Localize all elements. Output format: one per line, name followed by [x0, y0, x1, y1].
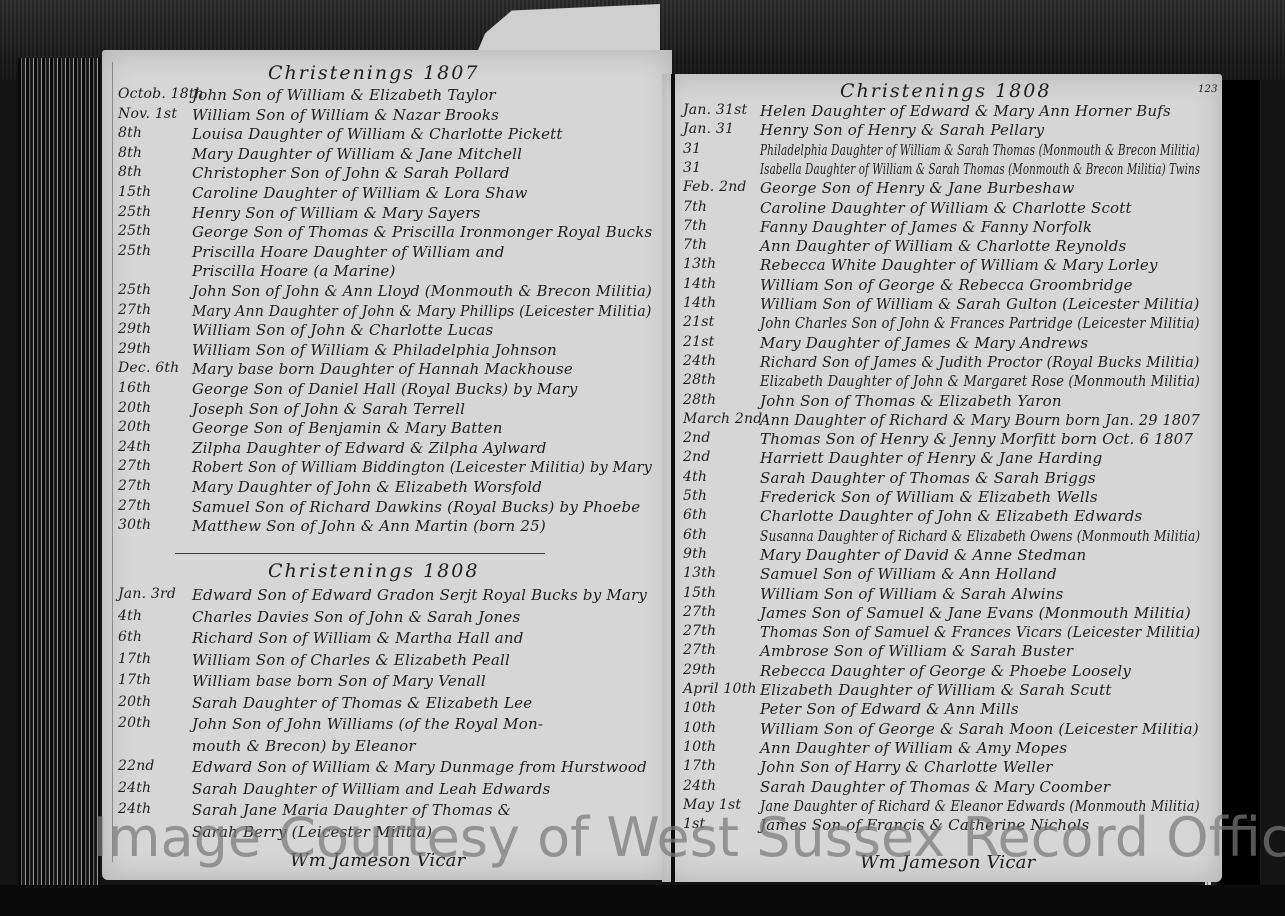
- entry-1808-text: Edward Son of William & Mary Dunmage fro…: [192, 758, 647, 776]
- entry-1808-right-text: Samuel Son of William & Ann Holland: [760, 565, 1057, 583]
- heading-1807: Christenings 1807: [268, 62, 479, 84]
- entry-1807-date: 29th: [118, 321, 151, 337]
- entry-1808-right-date: 17th: [683, 758, 716, 774]
- entry-1807-date: 25th: [118, 282, 151, 298]
- entry-1808-right-date: 5th: [683, 488, 707, 504]
- entry-1808-right-text: Sarah Daughter of Thomas & Mary Coomber: [760, 778, 1110, 796]
- entry-1808-text: John Son of John Williams (of the Royal …: [192, 715, 543, 733]
- entry-1808-right-text: Mary Daughter of James & Mary Andrews: [760, 334, 1088, 352]
- entry-1807-text: Christopher Son of John & Sarah Pollard: [192, 164, 510, 182]
- heading-1808-right: Christenings 1808: [840, 80, 1051, 102]
- entry-1808-right-date: 24th: [683, 353, 716, 369]
- entry-1807-date: 20th: [118, 400, 151, 416]
- entry-1808-right-date: 6th: [683, 507, 707, 523]
- entry-1807-text: William Son of William & Nazar Brooks: [192, 106, 499, 124]
- entry-1808-date: 24th: [118, 780, 151, 796]
- left-margin-rule: [112, 62, 113, 862]
- entry-1807-date: 16th: [118, 380, 151, 396]
- entry-1808-right-text: Isabella Daughter of William & Sarah Tho…: [760, 160, 1200, 178]
- entry-1807-date: 8th: [118, 145, 142, 161]
- entry-1808-right-date: March 2nd: [683, 411, 762, 427]
- entry-1808-right-text: John Son of Thomas & Elizabeth Yaron: [760, 392, 1062, 410]
- entry-1808-right-text: Henry Son of Henry & Sarah Pellary: [760, 121, 1044, 139]
- entry-1807-text: George Son of Benjamin & Mary Batten: [192, 419, 503, 437]
- entry-1808-right-date: 31: [683, 141, 701, 157]
- entry-1808-right-date: 7th: [683, 199, 707, 215]
- entry-1807-text: Zilpha Daughter of Edward & Zilpha Aylwa…: [192, 439, 547, 457]
- scan-bottom-band: [0, 885, 1285, 916]
- entry-1808-right-text: Mary Daughter of David & Anne Stedman: [760, 546, 1086, 564]
- entry-1808-date: Jan. 3rd: [118, 586, 176, 602]
- entry-1807-date: 29th: [118, 341, 151, 357]
- entry-1808-right-date: 24th: [683, 778, 716, 794]
- book-page-edges-left: [18, 58, 100, 888]
- entry-1808-right-text: Philadelphia Daughter of William & Sarah…: [760, 141, 1200, 159]
- entry-1807-date: 24th: [118, 439, 151, 455]
- entry-1807-text: George Son of Thomas & Priscilla Ironmon…: [192, 223, 652, 241]
- entry-1808-date: 17th: [118, 672, 151, 688]
- entry-1808-right-text: Ann Daughter of Richard & Mary Bourn bor…: [760, 411, 1200, 429]
- entry-1808-right-text: Rebecca White Daughter of William & Mary…: [760, 256, 1158, 274]
- entry-1807-text: Louisa Daughter of William & Charlotte P…: [192, 125, 563, 143]
- entry-1807-date: 27th: [118, 478, 151, 494]
- entry-1807-date: 30th: [118, 517, 151, 533]
- entry-1808-right-date: 14th: [683, 276, 716, 292]
- entry-1808-right-text: John Charles Son of John & Frances Partr…: [760, 314, 1200, 332]
- entry-1808-right-date: 28th: [683, 392, 716, 408]
- entry-1808-right-text: Fanny Daughter of James & Fanny Norfolk: [760, 218, 1092, 236]
- entry-1808-right-text: William Son of George & Rebecca Groombri…: [760, 276, 1133, 294]
- entry-1808-right-date: 21st: [683, 314, 714, 330]
- entry-1807-date: 25th: [118, 204, 151, 220]
- entry-1808-right-text: Harriett Daughter of Henry & Jane Hardin…: [760, 449, 1102, 467]
- entry-1808-right-text: Elizabeth Daughter of William & Sarah Sc…: [760, 681, 1112, 699]
- entry-1808-right-text: Peter Son of Edward & Ann Mills: [760, 700, 1019, 718]
- entry-1808-date: 4th: [118, 608, 142, 624]
- entry-1808-right-text: James Son of Samuel & Jane Evans (Monmou…: [760, 604, 1191, 622]
- entry-1808-text: Charles Davies Son of John & Sarah Jones: [192, 608, 520, 626]
- entry-1808-right-text: William Son of George & Sarah Moon (Leic…: [760, 720, 1199, 738]
- entry-1808-right-date: 7th: [683, 237, 707, 253]
- entry-1808-right-date: 13th: [683, 565, 716, 581]
- entry-1807-text: George Son of Daniel Hall (Royal Bucks) …: [192, 380, 578, 398]
- entry-1808-right-date: Jan. 31: [683, 121, 734, 137]
- entry-1807-text: Mary Ann Daughter of John & Mary Phillip…: [192, 302, 652, 320]
- watermark: Image Courtesy of West Sussex Record Off…: [92, 806, 1192, 869]
- entry-1807-date: 15th: [118, 184, 151, 200]
- entry-1807-date: Dec. 6th: [118, 360, 179, 376]
- entry-1807-text: Joseph Son of John & Sarah Terrell: [192, 400, 465, 418]
- entry-1807-date: Nov. 1st: [118, 106, 177, 122]
- entry-1808-right-date: 31: [683, 160, 701, 176]
- entry-1808-right-date: 13th: [683, 256, 716, 272]
- entry-1808-text: mouth & Brecon) by Eleanor: [192, 737, 416, 755]
- heading-1808-left: Christenings 1808: [268, 560, 479, 582]
- entry-1808-right-date: 6th: [683, 527, 707, 543]
- entry-1808-date: 17th: [118, 651, 151, 667]
- entry-1808-text: Sarah Daughter of Thomas & Elizabeth Lee: [192, 694, 532, 712]
- entry-1808-date: 20th: [118, 694, 151, 710]
- entry-1807-text: William Son of William & Philadelphia Jo…: [192, 341, 557, 359]
- entry-1807-date: 8th: [118, 164, 142, 180]
- entry-1807-text: Matthew Son of John & Ann Martin (born 2…: [192, 517, 546, 535]
- entry-1807-text: Caroline Daughter of William & Lora Shaw: [192, 184, 528, 202]
- entry-1808-right-date: Feb. 2nd: [683, 179, 747, 195]
- entry-1808-right-date: 2nd: [683, 449, 711, 465]
- entry-1808-right-date: 10th: [683, 700, 716, 716]
- entry-1808-text: William base born Son of Mary Venall: [192, 672, 486, 690]
- entry-1808-right-date: 7th: [683, 218, 707, 234]
- entry-1808-right-text: Caroline Daughter of William & Charlotte…: [760, 199, 1132, 217]
- entry-1807-date: 27th: [118, 498, 151, 514]
- entry-1807-text: Robert Son of William Biddington (Leices…: [192, 458, 652, 476]
- entry-1808-right-date: Jan. 31st: [683, 102, 747, 118]
- entry-1808-right-text: Helen Daughter of Edward & Mary Ann Horn…: [760, 102, 1171, 120]
- entry-1807-date: 25th: [118, 243, 151, 259]
- section-divider: [175, 553, 545, 554]
- entry-1807-text: Samuel Son of Richard Dawkins (Royal Buc…: [192, 498, 640, 516]
- entry-1808-date: 6th: [118, 629, 142, 645]
- entry-1808-right-date: April 10th: [683, 681, 757, 697]
- entry-1808-right-date: 14th: [683, 295, 716, 311]
- entry-1807-date: 8th: [118, 125, 142, 141]
- entry-1808-right-text: Thomas Son of Samuel & Frances Vicars (L…: [760, 623, 1200, 641]
- entry-1807-text: Mary base born Daughter of Hannah Mackho…: [192, 360, 573, 378]
- entry-1808-right-date: 4th: [683, 469, 707, 485]
- entry-1808-right-date: 29th: [683, 662, 716, 678]
- entry-1808-text: Edward Son of Edward Gradon Serjt Royal …: [192, 586, 647, 604]
- entry-1807-date: 20th: [118, 419, 151, 435]
- entry-1807-text: Mary Daughter of John & Elizabeth Worsfo…: [192, 478, 542, 496]
- entry-1808-right-text: William Son of William & Sarah Alwins: [760, 585, 1064, 603]
- entry-1808-right-date: 27th: [683, 604, 716, 620]
- entry-1808-right-text: Charlotte Daughter of John & Elizabeth E…: [760, 507, 1142, 525]
- entry-1808-right-text: Thomas Son of Henry & Jenny Morfitt born…: [760, 430, 1193, 448]
- folio-number: 123: [1198, 84, 1218, 95]
- entry-1807-date: 25th: [118, 223, 151, 239]
- entry-1807-text: John Son of John & Ann Lloyd (Monmouth &…: [192, 282, 652, 300]
- entry-1808-text: Richard Son of William & Martha Hall and: [192, 629, 524, 647]
- entry-1808-right-date: 15th: [683, 585, 716, 601]
- entry-1807-date: 27th: [118, 458, 151, 474]
- entry-1808-right-text: Elizabeth Daughter of John & Margaret Ro…: [760, 372, 1200, 390]
- entry-1808-right-date: 21st: [683, 334, 714, 350]
- entry-1808-text: William Son of Charles & Elizabeth Peall: [192, 651, 510, 669]
- entry-1807-text: Henry Son of William & Mary Sayers: [192, 204, 480, 222]
- entry-1807-date: 27th: [118, 302, 151, 318]
- entry-1807-text: Priscilla Hoare Daughter of William and: [192, 243, 505, 261]
- entry-1808-right-text: Frederick Son of William & Elizabeth Wel…: [760, 488, 1098, 506]
- entry-1808-right-date: 10th: [683, 720, 716, 736]
- entry-1808-right-text: William Son of William & Sarah Gulton (L…: [760, 295, 1200, 313]
- entry-1808-date: 20th: [118, 715, 151, 731]
- entry-1808-right-date: 28th: [683, 372, 716, 388]
- entry-1807-text: Priscilla Hoare (a Marine): [192, 262, 396, 280]
- entry-1808-right-date: 10th: [683, 739, 716, 755]
- entry-1808-text: Sarah Daughter of William and Leah Edwar…: [192, 780, 551, 798]
- book-gutter: [671, 74, 675, 882]
- entry-1808-right-date: 27th: [683, 623, 716, 639]
- entry-1808-right-text: Ann Daughter of William & Charlotte Reyn…: [760, 237, 1126, 255]
- entry-1808-right-text: John Son of Harry & Charlotte Weller: [760, 758, 1053, 776]
- entry-1808-right-date: 9th: [683, 546, 707, 562]
- entry-1808-right-text: Ambrose Son of William & Sarah Buster: [760, 642, 1073, 660]
- entry-1808-right-text: George Son of Henry & Jane Burbeshaw: [760, 179, 1074, 197]
- entry-1808-right-date: 27th: [683, 642, 716, 658]
- entry-1808-right-text: Richard Son of James & Judith Proctor (R…: [760, 353, 1200, 371]
- entry-1808-date: 22nd: [118, 758, 155, 774]
- entry-1808-right-text: Ann Daughter of William & Amy Mopes: [760, 739, 1067, 757]
- entry-1808-right-text: Rebecca Daughter of George & Phoebe Loos…: [760, 662, 1131, 680]
- entry-1807-text: Mary Daughter of William & Jane Mitchell: [192, 145, 522, 163]
- entry-1807-text: William Son of John & Charlotte Lucas: [192, 321, 493, 339]
- entry-1807-text: John Son of William & Elizabeth Taylor: [192, 86, 496, 104]
- entry-1808-right-text: Susanna Daughter of Richard & Elizabeth …: [760, 527, 1200, 545]
- entry-1808-right-text: Sarah Daughter of Thomas & Sarah Briggs: [760, 469, 1096, 487]
- entry-1808-right-date: 2nd: [683, 430, 711, 446]
